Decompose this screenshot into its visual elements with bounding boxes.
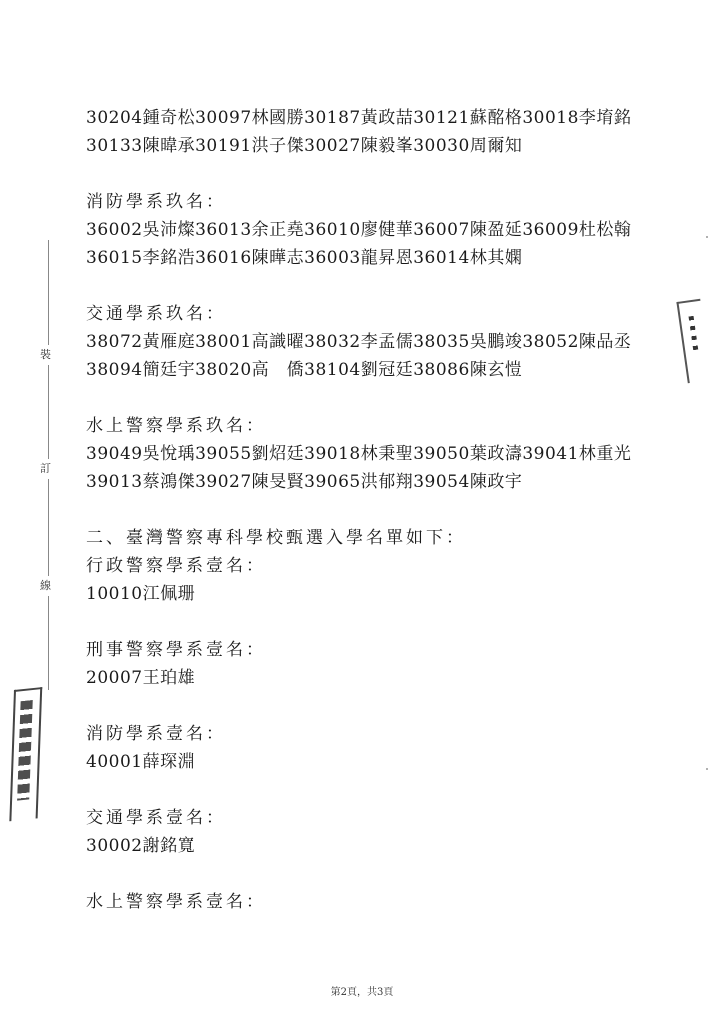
scan-speck bbox=[706, 236, 708, 238]
name-list-line: 36002吳沛燦36013余正堯36010廖健華36007陳盈延36009杜松翰 bbox=[86, 216, 646, 244]
section-heading-criminal-police: 刑事警察學系壹名： bbox=[86, 636, 646, 664]
binding-char-ding: 訂 bbox=[40, 459, 51, 479]
page-number: 第2頁，共3頁 bbox=[0, 983, 724, 998]
name-list-line: 38072黃雁庭38001高識曜38032李孟儒38035吳鵬竣38052陳品丞 bbox=[86, 328, 646, 356]
document-page: 裝 訂 線 30204鍾奇松30097林國勝30187黃政喆30121蘇酩格30… bbox=[0, 0, 724, 1024]
seal-stamp-right bbox=[676, 299, 711, 384]
seal-stamp-left bbox=[9, 687, 42, 821]
section-heading-traffic-2: 交通學系壹名： bbox=[86, 804, 646, 832]
section-heading-maritime: 水上警察學系玖名： bbox=[86, 412, 646, 440]
part-two-title: 二、臺灣警察專科學校甄選入學名單如下： bbox=[86, 524, 646, 552]
scan-speck bbox=[706, 768, 708, 770]
section-heading-admin-police: 行政警察學系壹名： bbox=[86, 552, 646, 580]
name-list-line: 39049吳悅瑀39055劉炤廷39018林秉聖39050葉政濤39041林重光 bbox=[86, 440, 646, 468]
name-list-line: 10010江佩珊 bbox=[86, 580, 646, 608]
section-heading-maritime-2: 水上警察學系壹名： bbox=[86, 888, 646, 916]
name-list-line: 40001薛琛淵 bbox=[86, 748, 646, 776]
name-list-line: 20007王珀雄 bbox=[86, 664, 646, 692]
name-list-line: 30002謝銘寬 bbox=[86, 832, 646, 860]
name-list-line: 39013蔡鴻傑39027陳旻賢39065洪郁翔39054陳政宇 bbox=[86, 468, 646, 496]
binding-char-zhuang: 裝 bbox=[40, 345, 51, 365]
section-heading-traffic: 交通學系玖名： bbox=[86, 300, 646, 328]
name-list-line: 30204鍾奇松30097林國勝30187黃政喆30121蘇酩格30018李堉銘 bbox=[86, 104, 646, 132]
section-heading-fire: 消防學系玖名： bbox=[86, 188, 646, 216]
binding-char-xian: 線 bbox=[40, 576, 51, 596]
name-list-line: 36015李銘浩36016陳曄志36003龍昇恩36014林其嫻 bbox=[86, 244, 646, 272]
name-list-line: 30133陳暐承30191洪子傑30027陳毅峯30030周爾知 bbox=[86, 132, 646, 160]
section-heading-fire-2: 消防學系壹名： bbox=[86, 720, 646, 748]
name-list-line: 38094簡廷宇38020高 僑38104劉冠廷38086陳玄愷 bbox=[86, 356, 646, 384]
document-body: 30204鍾奇松30097林國勝30187黃政喆30121蘇酩格30018李堉銘… bbox=[86, 104, 646, 916]
